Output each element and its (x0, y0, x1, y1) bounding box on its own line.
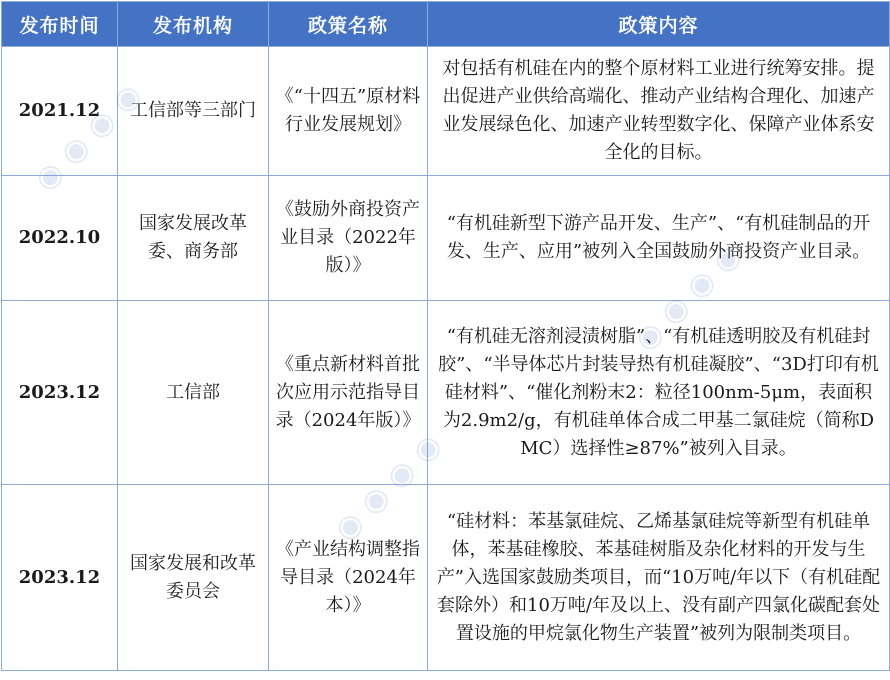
header-row: 发布时间 发布机构 政策名称 政策内容 (2, 2, 890, 47)
cell-date: 2023.12 (2, 301, 118, 485)
cell-policy-name: 《产业结构调整指导目录（2024年本）》 (269, 485, 428, 671)
cell-date: 2022.10 (2, 176, 118, 301)
header-policy-content: 政策内容 (428, 2, 890, 47)
table-row: 2023.12 工信部 《重点新材料首批次应用示范指导目录（2024年版）》 “… (2, 301, 890, 485)
table-row: 2021.12 工信部等三部门 《“十四五”原材料行业发展规划》 对包括有机硅在… (2, 47, 890, 176)
cell-date: 2021.12 (2, 47, 118, 176)
table-row: 2023.12 国家发展和改革委员会 《产业结构调整指导目录（2024年本）》 … (2, 485, 890, 671)
cell-agency: 工信部等三部门 (118, 47, 269, 176)
cell-policy-name: 《鼓励外商投资产业目录（2022年版）》 (269, 176, 428, 301)
cell-agency: 国家发展和改革委员会 (118, 485, 269, 671)
cell-policy-name: 《“十四五”原材料行业发展规划》 (269, 47, 428, 176)
cell-policy-content: “硅材料：苯基氯硅烷、乙烯基氯硅烷等新型有机硅单体，苯基硅橡胶、苯基硅树脂及杂化… (428, 485, 890, 671)
cell-policy-content: “有机硅新型下游产品开发、生产”、“有机硅制品的开发、生产、应用”被列入全国鼓励… (428, 176, 890, 301)
header-agency: 发布机构 (118, 2, 269, 47)
cell-date: 2023.12 (2, 485, 118, 671)
policy-table: 发布时间 发布机构 政策名称 政策内容 2021.12 工信部等三部门 《“十四… (1, 1, 890, 671)
cell-agency: 工信部 (118, 301, 269, 485)
header-date: 发布时间 (2, 2, 118, 47)
cell-policy-content: “有机硅无溶剂浸渍树脂”、“有机硅透明胶及有机硅封胶”、“半导体芯片封装导热有机… (428, 301, 890, 485)
cell-policy-content: 对包括有机硅在内的整个原材料工业进行统筹安排。提出促进产业供给高端化、推动产业结… (428, 47, 890, 176)
cell-agency: 国家发展改革委、商务部 (118, 176, 269, 301)
cell-policy-name: 《重点新材料首批次应用示范指导目录（2024年版）》 (269, 301, 428, 485)
table-row: 2022.10 国家发展改革委、商务部 《鼓励外商投资产业目录（2022年版）》… (2, 176, 890, 301)
header-policy-name: 政策名称 (269, 2, 428, 47)
